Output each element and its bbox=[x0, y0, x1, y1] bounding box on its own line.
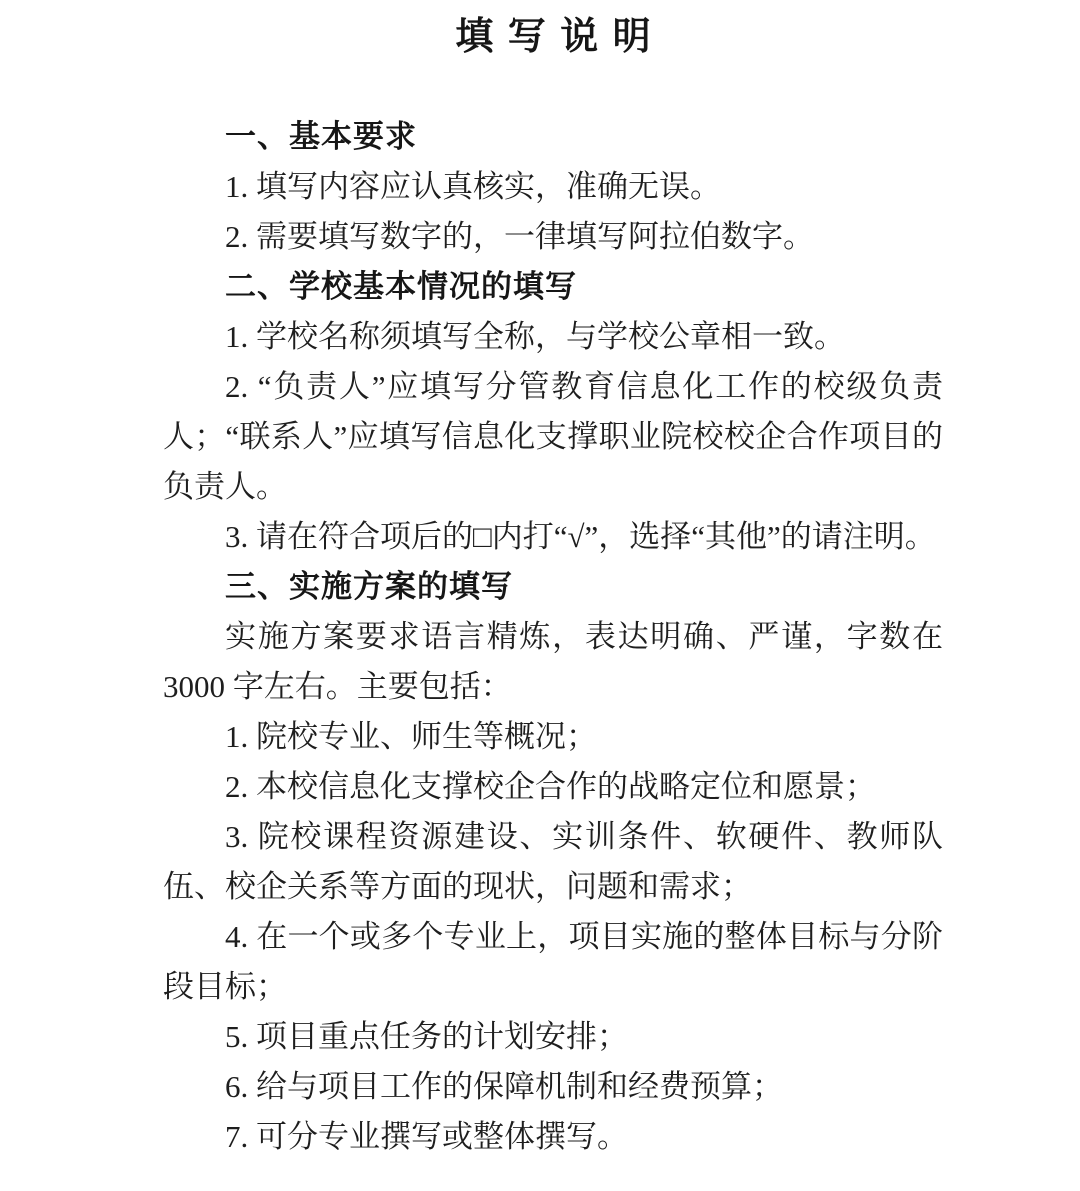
paragraph: 3. 请在符合项后的□内打“√”，选择“其他”的请注明。 bbox=[163, 512, 943, 562]
paragraph: 1. 院校专业、师生等概况； bbox=[163, 712, 943, 762]
paragraph: 1. 填写内容应认真核实，准确无误。 bbox=[163, 162, 943, 212]
paragraph: 6. 给与项目工作的保障机制和经费预算； bbox=[163, 1062, 943, 1112]
document-title: 填写说明 bbox=[163, 14, 943, 60]
paragraph: 2. “负责人”应填写分管教育信息化工作的校级负责人；“联系人”应填写信息化支撑… bbox=[163, 362, 943, 512]
paragraph: 2. 需要填写数字的，一律填写阿拉伯数字。 bbox=[163, 212, 943, 262]
paragraph: 2. 本校信息化支撑校企合作的战略定位和愿景； bbox=[163, 762, 943, 812]
section-heading-basic-requirements: 一、基本要求 bbox=[163, 112, 943, 162]
paragraph: 3. 院校课程资源建设、实训条件、软硬件、教师队伍、校企关系等方面的现状，问题和… bbox=[163, 812, 943, 912]
section-heading-implementation-plan: 三、实施方案的填写 bbox=[163, 562, 943, 612]
section-heading-school-info: 二、学校基本情况的填写 bbox=[163, 262, 943, 312]
paragraph: 4. 在一个或多个专业上，项目实施的整体目标与分阶段目标； bbox=[163, 912, 943, 1012]
paragraph: 实施方案要求语言精炼，表达明确、严谨，字数在 3000 字左右。主要包括： bbox=[163, 612, 943, 712]
paragraph: 7. 可分专业撰写或整体撰写。 bbox=[163, 1112, 943, 1162]
paragraph: 1. 学校名称须填写全称，与学校公章相一致。 bbox=[163, 312, 943, 362]
document-page: 填写说明 一、基本要求 1. 填写内容应认真核实，准确无误。 2. 需要填写数字… bbox=[0, 0, 1080, 1191]
document-body: 一、基本要求 1. 填写内容应认真核实，准确无误。 2. 需要填写数字的，一律填… bbox=[163, 112, 943, 1162]
paragraph: 5. 项目重点任务的计划安排； bbox=[163, 1012, 943, 1062]
